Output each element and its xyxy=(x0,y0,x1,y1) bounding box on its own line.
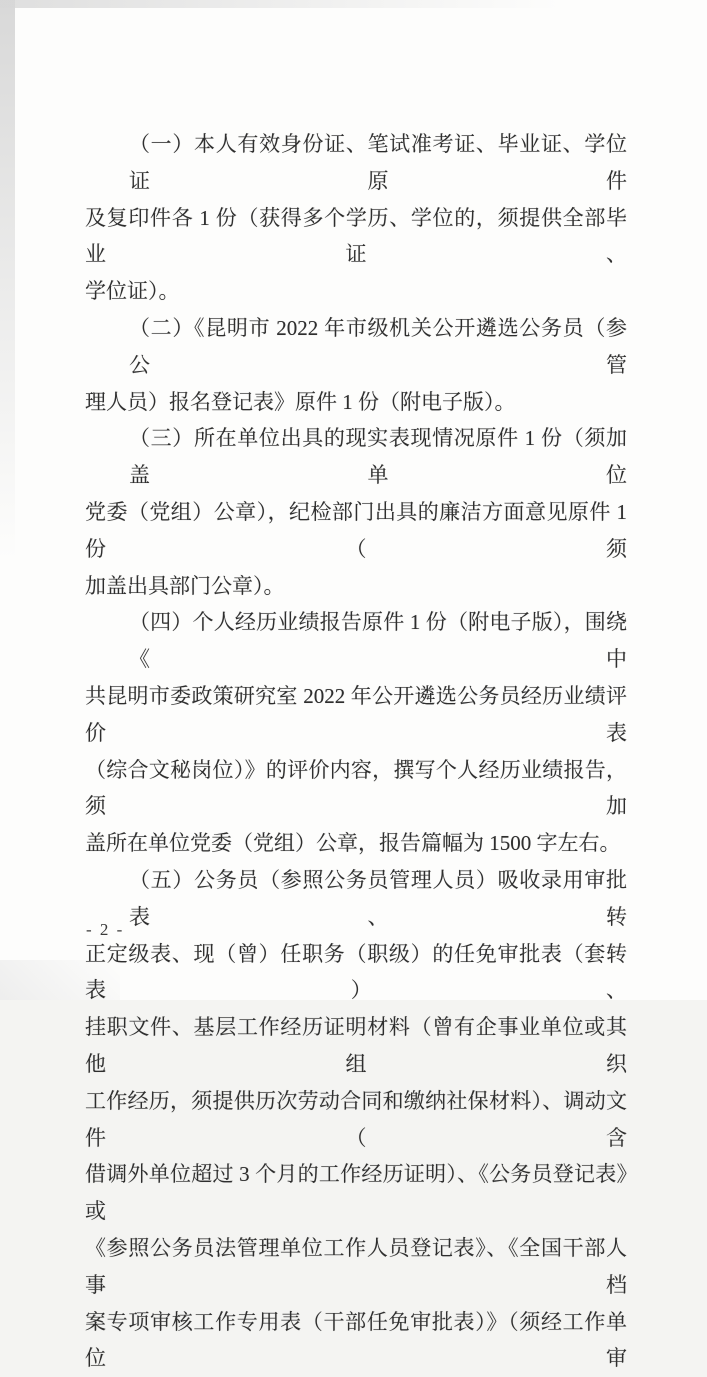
text-line: 共昆明市委政策研究室 2022 年公开遴选公务员经历业绩评价表 xyxy=(85,678,627,752)
document-body: （一）本人有效身份证、笔试准考证、毕业证、学位证原件 及复印件各 1 份（获得多… xyxy=(85,126,627,1000)
text-line: 及复印件各 1 份（获得多个学历、学位的，须提供全部毕业证、 xyxy=(85,200,627,274)
text-line: （三）所在单位出具的现实表现情况原件 1 份（须加盖单位 xyxy=(85,420,627,494)
text-line: （综合文秘岗位）》的评价内容，撰写个人经历业绩报告，须加 xyxy=(85,752,627,826)
text-line: （二）《昆明市 2022 年市级机关公开遴选公务员（参公管 xyxy=(85,310,627,384)
text-line: 理人员）报名登记表》原件 1 份（附电子版）。 xyxy=(85,384,627,421)
paragraph-1: （一）本人有效身份证、笔试准考证、毕业证、学位证原件 及复印件各 1 份（获得多… xyxy=(85,126,627,310)
paragraph-5: （五）公务员（参照公务员管理人员）吸收录用审批表、转 正定级表、现（曾）任职务（… xyxy=(85,862,627,1000)
scan-edge-top-shading xyxy=(0,0,560,8)
text-line: 正定级表、现（曾）任职务（职级）的任免审批表（套转表）、 xyxy=(85,936,627,1000)
paragraph-4: （四）个人经历业绩报告原件 1 份（附电子版），围绕《中 共昆明市委政策研究室 … xyxy=(85,604,627,862)
text-line: 党委（党组）公章），纪检部门出具的廉洁方面意见原件 1 份（须 xyxy=(85,494,627,568)
text-line: 盖所在单位党委（党组）公章，报告篇幅为 1500 字左右。 xyxy=(85,825,627,862)
paragraph-3: （三）所在单位出具的现实表现情况原件 1 份（须加盖单位 党委（党组）公章），纪… xyxy=(85,420,627,604)
scanned-document-page: （一）本人有效身份证、笔试准考证、毕业证、学位证原件 及复印件各 1 份（获得多… xyxy=(0,0,707,1000)
text-line: （四）个人经历业绩报告原件 1 份（附电子版），围绕《中 xyxy=(85,604,627,678)
scan-edge-left-shading xyxy=(0,0,15,560)
paragraph-2: （二）《昆明市 2022 年市级机关公开遴选公务员（参公管 理人员）报名登记表》… xyxy=(85,310,627,420)
text-line: （一）本人有效身份证、笔试准考证、毕业证、学位证原件 xyxy=(85,126,627,200)
text-line: （五）公务员（参照公务员管理人员）吸收录用审批表、转 xyxy=(85,862,627,936)
page-number: - 2 - xyxy=(86,920,124,940)
text-line: 学位证）。 xyxy=(85,273,627,310)
text-line: 加盖出具部门公章）。 xyxy=(85,568,627,605)
